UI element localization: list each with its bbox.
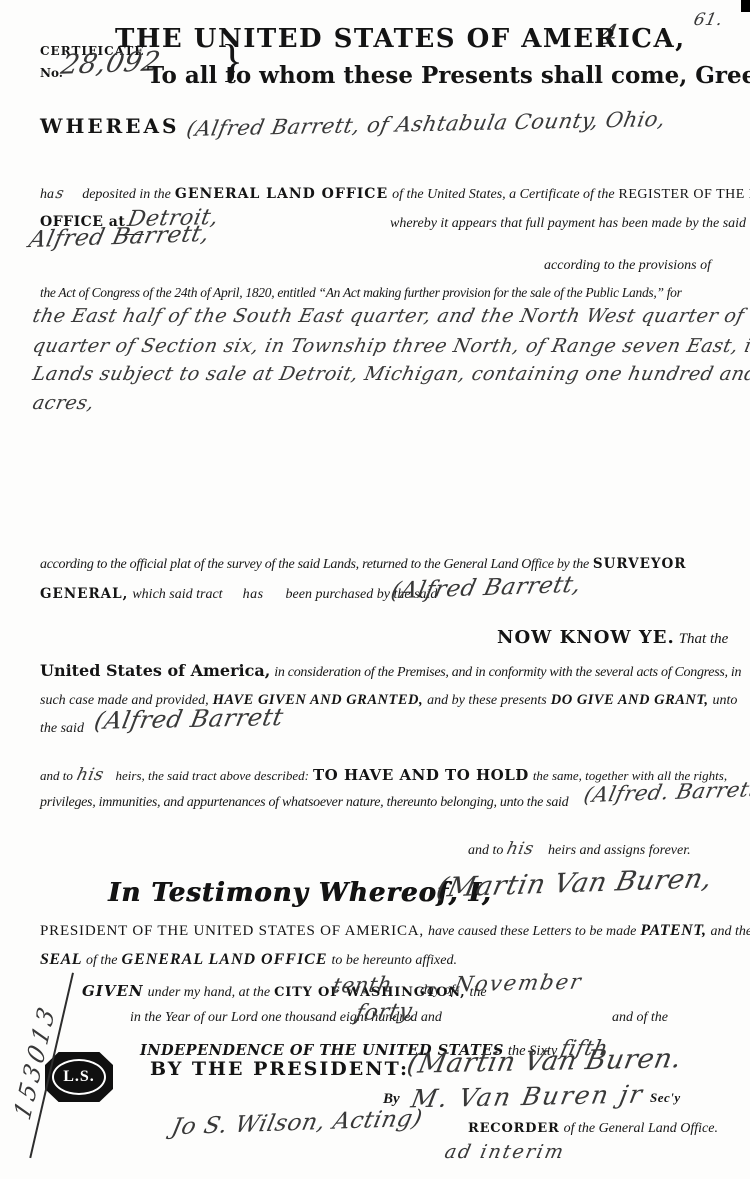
surveyor-bold: SURVEYOR xyxy=(593,556,687,572)
salutation: To all to whom these Presents shall come… xyxy=(147,62,750,89)
purchaser-name-handwritten: (Alfred Barrett, xyxy=(388,572,583,605)
plat-clause: according to the official plat of the su… xyxy=(40,557,589,572)
consideration-clause: in consideration of the Premises, and in… xyxy=(274,665,741,680)
land-description-line2: quarter of Section six, in Township thre… xyxy=(31,335,750,357)
now-know-ye-bold: NOW KNOW YE. xyxy=(497,627,675,648)
the-said-text: the said xyxy=(40,721,84,737)
by-label: By xyxy=(383,1091,400,1108)
privileges-line: privileges, immunities, and appurtenance… xyxy=(40,795,568,811)
general-bold: GENERAL, xyxy=(40,586,128,602)
given-clause: under my hand, at the xyxy=(148,985,270,1000)
and-of-the-text: and of the xyxy=(612,1010,668,1026)
his-handwritten2: his xyxy=(505,839,536,859)
recorder-signature-handwritten: Jo S. Wilson, Acting) xyxy=(169,1106,425,1141)
register-caps: REGISTER OF THE LAND xyxy=(619,187,750,202)
land-description-line4: acres, xyxy=(31,392,97,414)
to-have-and-hold-ornate: TO HAVE AND TO HOLD xyxy=(313,766,529,784)
secy-label: Sec'y xyxy=(650,1090,681,1106)
grantee-name2-handwritten: (Alfred Barrett xyxy=(92,703,286,735)
margin-number-text: 153013 xyxy=(9,999,61,1124)
act-of-congress-line: the Act of Congress of the 24th of April… xyxy=(40,285,682,301)
document-title: THE UNITED STATES OF AMERICA, xyxy=(115,24,655,54)
letters-clause: have caused these Letters to be made xyxy=(428,924,636,939)
ad-interim-handwritten: ad interim xyxy=(443,1141,568,1163)
president-caps: PRESIDENT OF THE UNITED STATES OF AMERIC… xyxy=(40,923,424,939)
unto-text: unto xyxy=(713,693,738,708)
land-patent-document: 61. 4 THE UNITED STATES OF AMERICA, CERT… xyxy=(0,0,750,1179)
affixed-text: to be hereunto affixed. xyxy=(332,953,457,968)
ls-seal-oval: L.S. xyxy=(52,1059,106,1095)
land-description-line3: Lands subject to sale at Detroit, Michig… xyxy=(31,363,750,385)
forever-clause: heirs and assigns forever. xyxy=(548,843,691,858)
grantee-name-handwritten: (Alfred Barrett, of Ashtabula County, Oh… xyxy=(185,107,668,141)
recorder-label-bold: RECORDER xyxy=(468,1121,560,1136)
deposit-text-mid: deposited in the xyxy=(82,187,171,202)
ls-seal-text: L.S. xyxy=(63,1068,95,1086)
provisions-clause: according to the provisions of xyxy=(455,258,711,274)
scan-corner-mark xyxy=(741,0,750,12)
and-to-text: and to xyxy=(40,768,73,783)
that-the-text: That the xyxy=(679,631,729,647)
ls-seal-icon: L.S. xyxy=(45,1052,113,1102)
day-of-text: day of xyxy=(420,983,455,999)
given-ornate: GIVEN xyxy=(82,982,144,1000)
secretary-signature-handwritten: M. Van Buren jr xyxy=(409,1080,647,1114)
has-text: has xyxy=(243,587,264,602)
glo2-caps: GENERAL LAND OFFICE xyxy=(122,951,328,968)
heirs-clause: heirs, the said tract above described: xyxy=(116,768,310,783)
and-the-text: and the xyxy=(711,924,750,939)
month-value-handwritten: November xyxy=(452,970,584,997)
which-tract-text: which said tract xyxy=(132,587,222,602)
whereas-label: WHEREAS xyxy=(40,114,179,138)
general-land-office-bold: GENERAL LAND OFFICE xyxy=(175,186,388,202)
president-signature-handwritten: (Martin Van Buren. xyxy=(404,1043,684,1080)
usa-bold-text: United States of America, xyxy=(40,661,270,680)
deposit-text-post: of the United States, a Certificate of t… xyxy=(392,187,614,202)
seal-word-caps: SEAL xyxy=(40,951,82,968)
page-number-handwritten: 61. xyxy=(692,10,725,30)
grant-line2b: and by these presents xyxy=(427,693,547,708)
land-description-line1: the East half of the South East quarter,… xyxy=(31,305,750,327)
and-to-text2: and to xyxy=(468,843,503,858)
his-handwritten1: his xyxy=(75,765,106,785)
day-value-handwritten: tenth xyxy=(331,972,395,997)
by-the-president-label: BY THE PRESIDENT: xyxy=(150,1058,409,1080)
recorder-label-rest: of the General Land Office. xyxy=(564,1121,718,1136)
payment-clause: whereby it appears that full payment has… xyxy=(390,216,746,232)
year-value-handwritten: forty, xyxy=(353,999,419,1026)
do-give-caps: DO GIVE AND GRANT, xyxy=(551,692,709,708)
of-the-text: of the xyxy=(86,953,118,968)
filled-s-handwritten: s xyxy=(54,184,66,202)
deposit-text-pre: ha xyxy=(40,187,54,202)
president-name-handwritten: (Martin Van Buren, xyxy=(434,863,716,904)
patent-caps: PATENT, xyxy=(640,922,706,939)
payer-name-handwritten: Alfred Barrett, xyxy=(26,221,212,253)
